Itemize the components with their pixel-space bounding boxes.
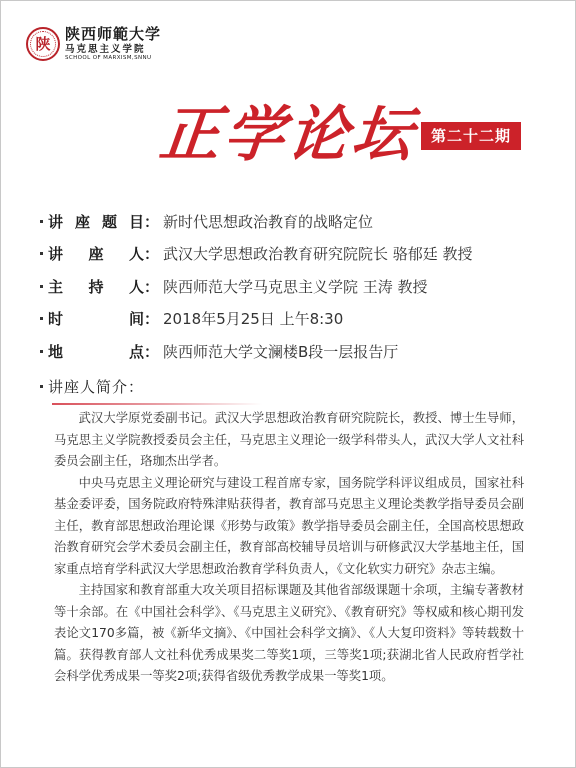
info-label: 地点	[48, 341, 144, 362]
school-name-en: SCHOOL OF MARXISM,SNNU	[65, 55, 161, 62]
info-value-time: 2018年5月25日 上午8:30	[163, 308, 343, 329]
colon: ：	[144, 308, 159, 329]
issue-badge: 第二十二期	[421, 122, 521, 150]
info-row-location: 地点 ： 陕西师范大学文澜楼B段一层报告厅	[40, 335, 473, 368]
bio-heading: 讲座人简介：	[40, 376, 144, 397]
info-value-host: 陕西师范大学马克思主义学院 王涛 教授	[163, 276, 428, 297]
university-name: 陕西师範大学	[65, 26, 161, 43]
info-value-speaker: 武汉大学思想政治教育研究院院长 骆郁廷 教授	[163, 243, 473, 264]
info-row-speaker: 讲座人 ： 武汉大学思想政治教育研究院院长 骆郁廷 教授	[40, 238, 473, 271]
bio-heading-underline	[52, 403, 262, 405]
info-label: 讲座人	[48, 243, 144, 264]
bullet-icon	[40, 220, 43, 223]
info-row-topic: 讲座题目 ： 新时代思想政治教育的战略定位	[40, 205, 473, 238]
bullet-icon	[40, 350, 43, 353]
bio-paragraph: 主持国家和教育部重大攻关项目招标课题及其他省部级课题十余项，主编专著教材等十余部…	[54, 580, 524, 688]
colon: ：	[144, 276, 159, 297]
colon: ：	[144, 243, 159, 264]
school-name: 马克思主义学院	[65, 44, 161, 55]
bullet-icon	[40, 317, 43, 320]
colon: ：	[144, 211, 159, 232]
bullet-icon	[40, 252, 43, 255]
speaker-bio: 武汉大学原党委副书记。武汉大学思想政治教育研究院院长，教授、博士生导师，马克思主…	[54, 408, 524, 688]
info-row-host: 主持人 ： 陕西师范大学马克思主义学院 王涛 教授	[40, 270, 473, 303]
bio-paragraph: 中央马克思主义理论研究与建设工程首席专家，国务院学科评议组成员，国家社科基金委评…	[54, 473, 524, 581]
info-value-location: 陕西师范大学文澜楼B段一层报告厅	[163, 341, 398, 362]
bio-paragraph: 武汉大学原党委副书记。武汉大学思想政治教育研究院院长，教授、博士生导师，马克思主…	[54, 408, 524, 473]
info-label: 讲座题目	[48, 211, 144, 232]
bio-heading-text: 讲座人简介：	[48, 376, 144, 397]
bullet-icon	[40, 285, 43, 288]
info-value-topic: 新时代思想政治教育的战略定位	[163, 211, 373, 232]
forum-title: 正学论坛	[156, 95, 420, 175]
logo-text: 陕西师範大学 马克思主义学院 SCHOOL OF MARXISM,SNNU	[65, 26, 161, 62]
info-label: 主持人	[48, 276, 144, 297]
university-logo: 陕 陕西师範大学 马克思主义学院 SCHOOL OF MARXISM,SNNU	[26, 26, 161, 62]
info-row-time: 时间 ： 2018年5月25日 上午8:30	[40, 303, 473, 336]
seal-icon: 陕	[26, 27, 60, 61]
info-label: 时间	[48, 308, 144, 329]
bullet-icon	[40, 385, 43, 388]
seal-char: 陕	[35, 37, 50, 52]
colon: ：	[144, 341, 159, 362]
lecture-info: 讲座题目 ： 新时代思想政治教育的战略定位 讲座人 ： 武汉大学思想政治教育研究…	[40, 205, 473, 368]
